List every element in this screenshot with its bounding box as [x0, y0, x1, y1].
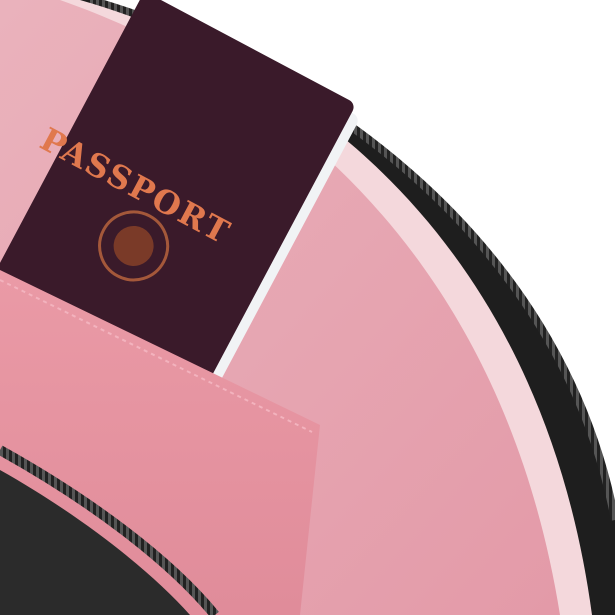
bag-interior-photo: PASSPORT: [0, 0, 615, 615]
bag-illustration: [0, 0, 615, 615]
